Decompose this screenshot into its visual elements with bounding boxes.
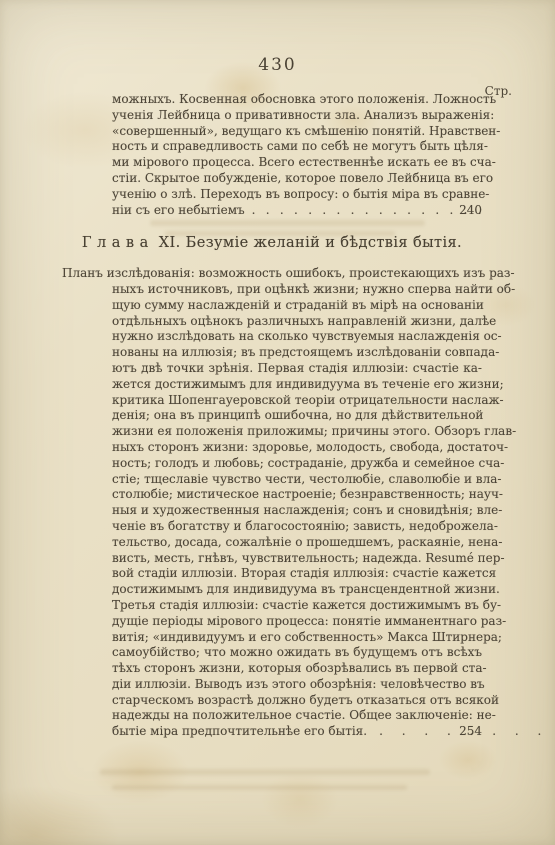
toc-line: ность и справедливость сами по себѣ не м… bbox=[62, 139, 482, 155]
toc-line: ученію о злѣ. Переходъ въ вопросу: о быт… bbox=[62, 187, 482, 203]
toc-line: ныхъ сторонъ жизни: здоровье, молодость,… bbox=[62, 440, 482, 456]
toc-line: нужно изслѣдовать на сколько чувствуемыя… bbox=[62, 329, 482, 345]
toc-line: ченіе въ богатству и благосостоянію; зав… bbox=[62, 519, 482, 535]
show-through-text bbox=[100, 769, 430, 775]
toc-line: витія; «индивидуумъ и его собственность»… bbox=[62, 630, 482, 646]
toc-line: ученія Лейбница о привативности зла. Ана… bbox=[62, 108, 482, 124]
toc-line: діи иллюзіи. Выводъ изъ этого обозрѣнія:… bbox=[62, 677, 482, 693]
toc-line: ныя и художественныя наслажденія; сонъ и… bbox=[62, 503, 482, 519]
toc-line: ютъ двѣ точки зрѣнія. Первая стадія иллю… bbox=[62, 361, 482, 377]
toc-line: самоубійство; что можно ожидать въ будущ… bbox=[62, 645, 482, 661]
chapter-title: Безуміе желаній и бѣдствія бытія. bbox=[186, 235, 462, 251]
leader-dots: . . . . . . . . bbox=[367, 724, 542, 738]
toc-leader-line: бытіе міра предпочтительнѣе его бытія.. … bbox=[62, 724, 482, 740]
leader-text: бытіе міра предпочтительнѣе его бытія. bbox=[112, 724, 367, 738]
toc-line: дущіе періоды мірового процесса: понятіе… bbox=[62, 614, 482, 630]
toc-line: жизни ея положенія приложимы; причины эт… bbox=[62, 424, 482, 440]
toc-entry-continuation: можныхъ. Косвенная обосновка этого полож… bbox=[62, 92, 482, 218]
toc-line: можныхъ. Косвенная обосновка этого полож… bbox=[62, 92, 482, 108]
toc-line: тѣхъ сторонъ жизни, которыя обозрѣвались… bbox=[62, 661, 482, 677]
leader-text: ніи съ его небытіемъ bbox=[112, 203, 245, 217]
toc-line: стіе; тщеславіе чувство чести, честолюбі… bbox=[62, 472, 482, 488]
toc-line: Планъ изслѣдованія: возможность ошибокъ,… bbox=[62, 266, 482, 282]
toc-line: Третья стадія иллюзіи: счастіе кажется д… bbox=[62, 598, 482, 614]
chapter-numeral: XI. bbox=[159, 235, 181, 251]
toc-line: ныхъ источниковъ, при оцѣнкѣ жизни; нужн… bbox=[62, 282, 482, 298]
toc-line: денія; она въ принципѣ ошибочна, но для … bbox=[62, 408, 482, 424]
page-ref: 240 bbox=[459, 203, 482, 219]
toc-entry-plan: Планъ изслѣдованія: возможность ошибокъ,… bbox=[62, 266, 482, 740]
toc-line: ми мірового процесса. Всего естественнѣе… bbox=[62, 155, 482, 171]
toc-line: критика Шопенгауеровской теоріи отрицате… bbox=[62, 393, 482, 409]
page-ref: 254 bbox=[459, 724, 482, 740]
toc-line: стіи. Скрытое побужденіе, которое повело… bbox=[62, 171, 482, 187]
toc-line: тельство, досада, сожалѣніе о прошедшемъ… bbox=[62, 535, 482, 551]
toc-line: достижимымъ для индивидуума въ трансценд… bbox=[62, 582, 482, 598]
toc-line: столюбіе; мистическое настроеніе; безнра… bbox=[62, 487, 482, 503]
leader-dots: . . . . . . . . . . . . . . . . . bbox=[245, 203, 483, 217]
toc-leader-line: ніи съ его небытіемъ. . . . . . . . . . … bbox=[62, 203, 482, 219]
chapter-heading: Глава XI. Безуміе желаній и бѣдствія быт… bbox=[62, 236, 482, 252]
toc-line: щую сумму наслажденій и страданій въ мір… bbox=[62, 298, 482, 314]
toc-line: «совершенный», ведущаго къ смѣшенію поня… bbox=[62, 124, 482, 140]
toc-line: нованы на иллюзія; въ предстоящемъ изслѣ… bbox=[62, 345, 482, 361]
page-number: 430 bbox=[0, 55, 555, 75]
chapter-word: Глава bbox=[82, 235, 154, 251]
toc-line: надежды на положительное счастіе. Общее … bbox=[62, 708, 482, 724]
toc-line: вой стадіи иллюзіи. Вторая стадія иллюзі… bbox=[62, 566, 482, 582]
show-through-text bbox=[112, 785, 407, 790]
toc-line: ность; голодъ и любовь; состраданіе, дру… bbox=[62, 456, 482, 472]
toc-line: жется достижимымъ для индивидуума въ теч… bbox=[62, 377, 482, 393]
toc-line: отдѣльныхъ оцѣнокъ различныхъ направлені… bbox=[62, 314, 482, 330]
toc-line: висть, месть, гнѣвъ, чувствительность; н… bbox=[62, 551, 482, 567]
toc-text-block: можныхъ. Косвенная обосновка этого полож… bbox=[62, 92, 482, 740]
toc-line: старческомъ возрастѣ должно будетъ отказ… bbox=[62, 693, 482, 709]
